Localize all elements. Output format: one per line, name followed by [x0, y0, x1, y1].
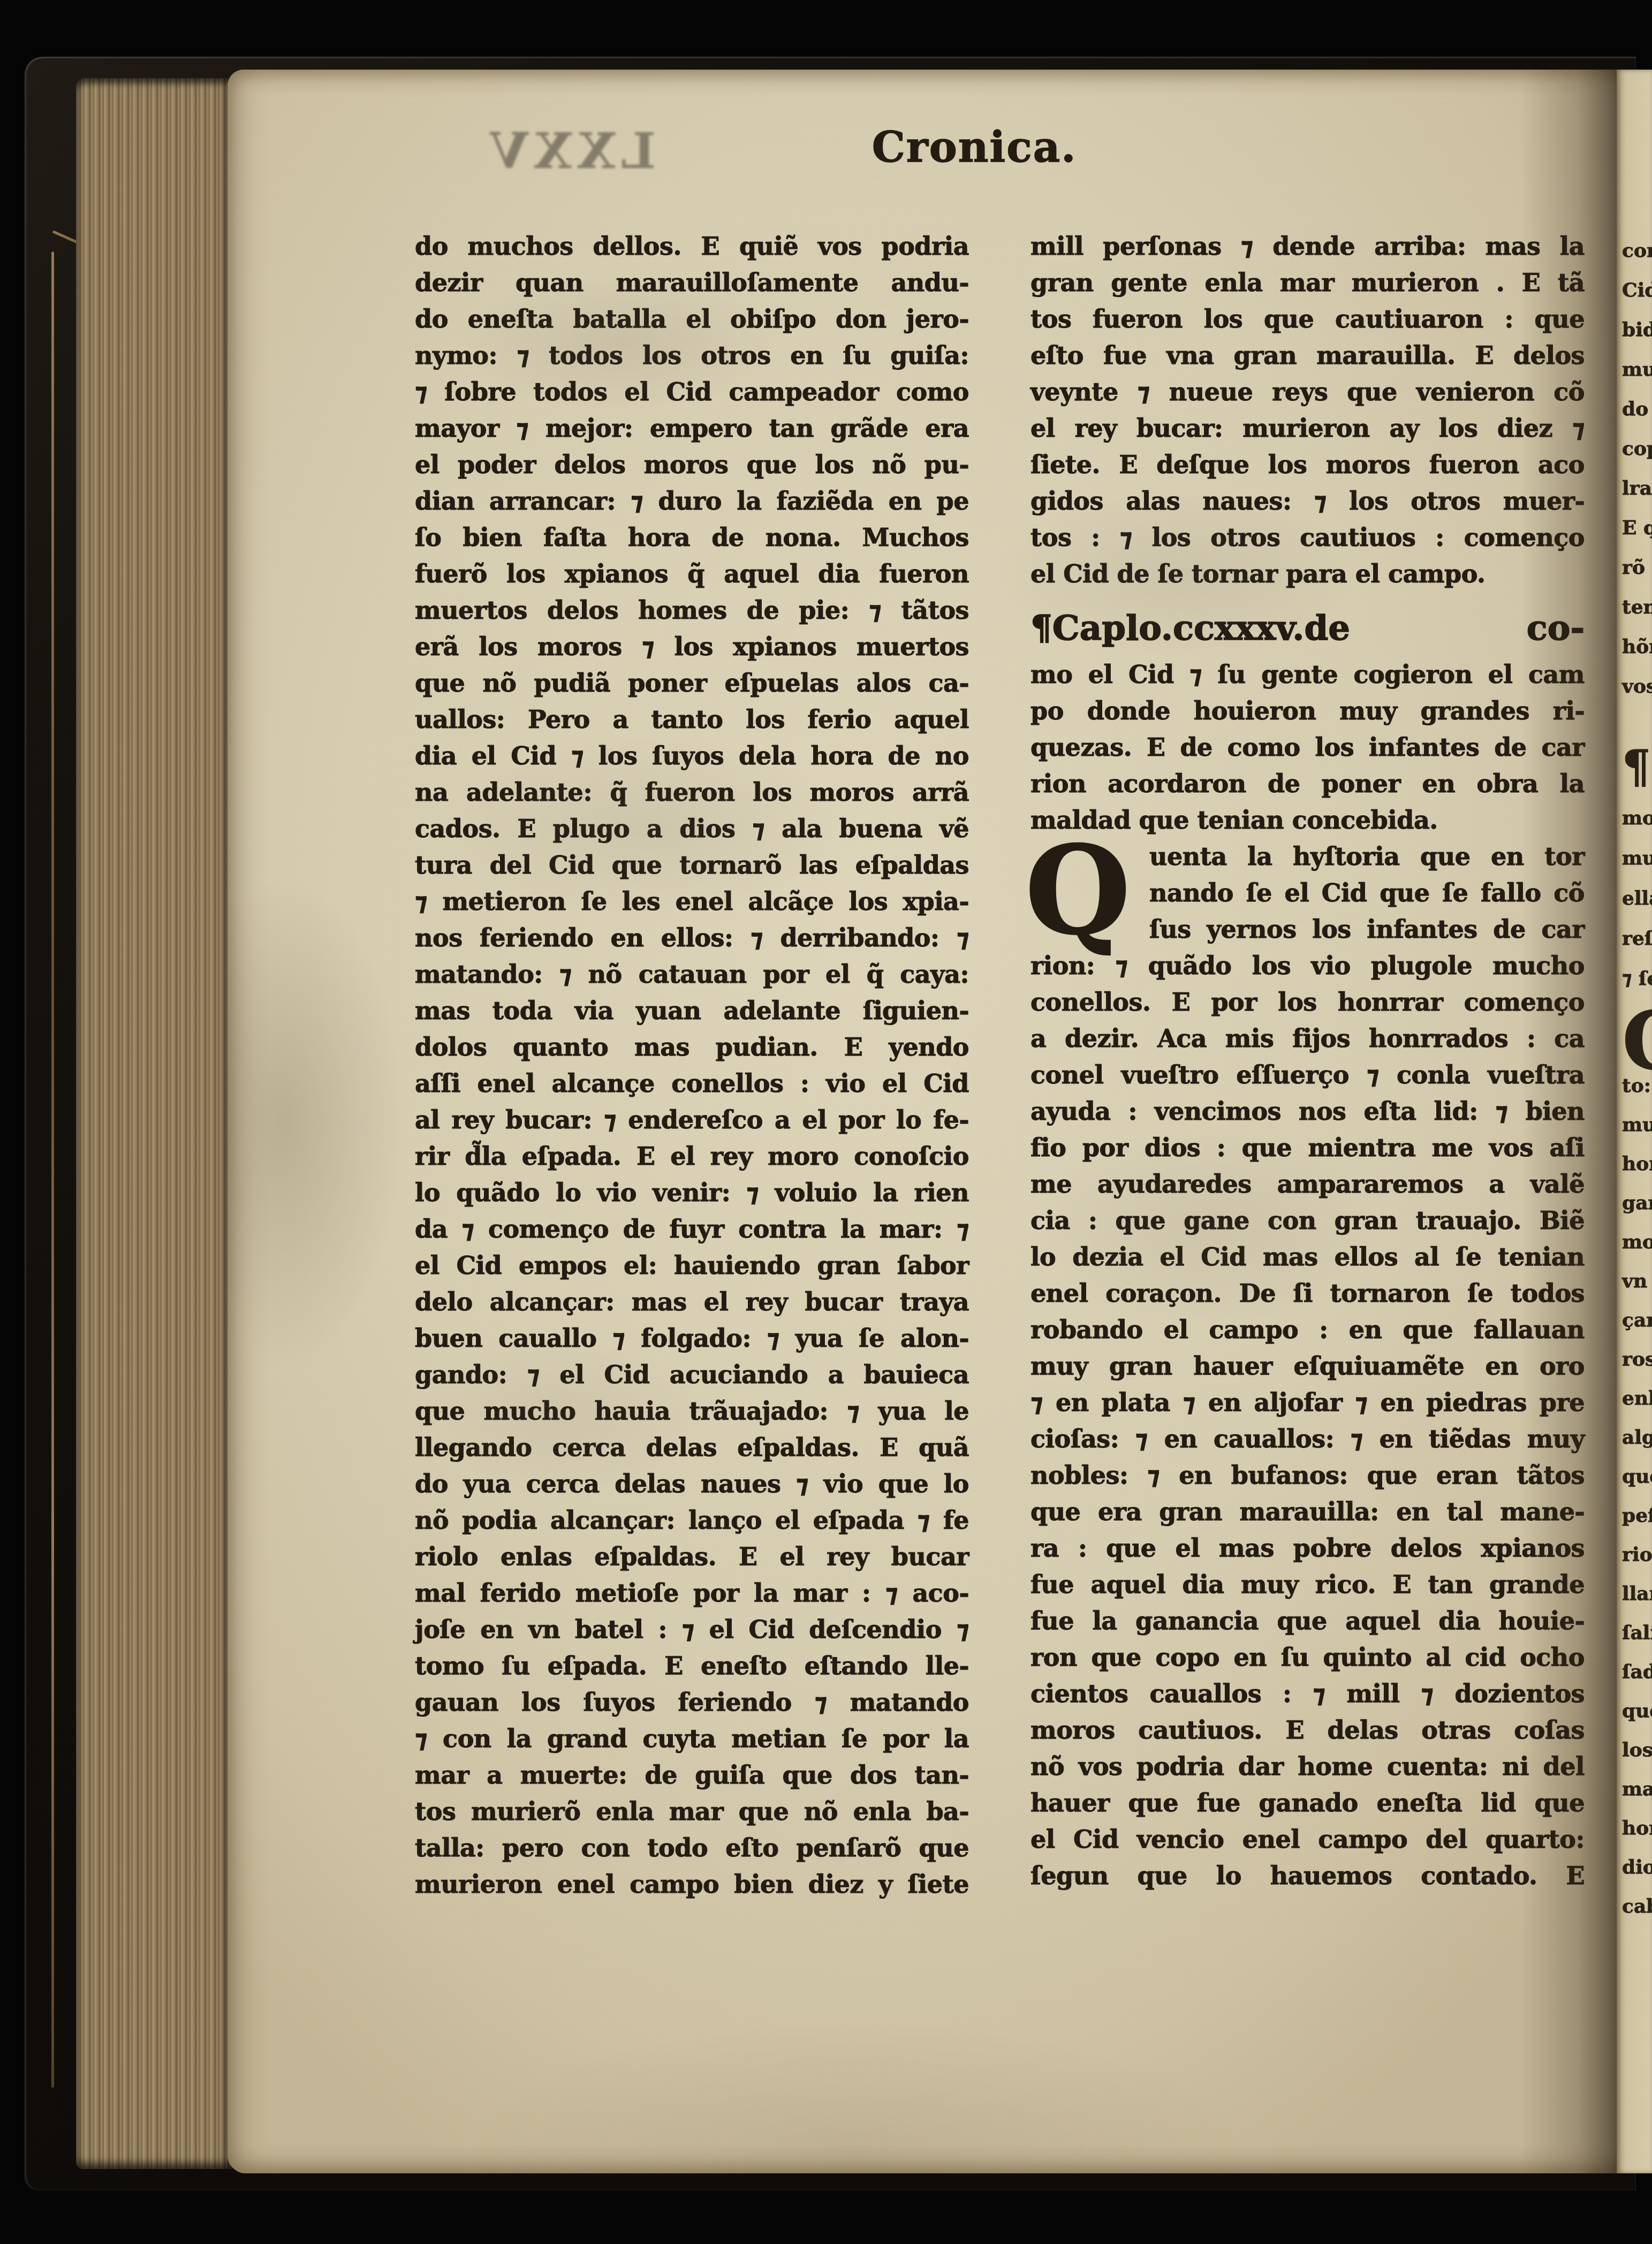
text-line: mo el Cid ⁊ ſu gente cogieron el cam: [1030, 656, 1585, 693]
text-line: nõ vos podria dar home cuenta: ni del: [1030, 1748, 1585, 1785]
text-line: mal ferido metioſe por la mar : ⁊ aco-: [415, 1575, 969, 1611]
text-line: erã los moros ⁊ los xpianos muertos: [415, 628, 969, 665]
text-line: llegando cerca delas eſpaldas. E quã: [415, 1429, 969, 1466]
text-line: rion acordaron de poner en obra la: [1030, 765, 1585, 802]
edge-text-fragment: llan: [1622, 1584, 1652, 1603]
text-line: dezir quan marauilloſamente andu-: [415, 264, 969, 301]
edge-text-fragment: ma: [1622, 1779, 1652, 1799]
edge-text-fragment: C: [1622, 1001, 1652, 1081]
chapter-body: rion: ⁊ quãdo los vio plugole muchoconel…: [1030, 947, 1585, 1894]
text-line: el Cid de ſe tornar para el campo.: [1030, 556, 1585, 592]
paragraph-end-chapter-234: mill perſonas ⁊ dende arriba: mas lagran…: [1030, 228, 1585, 592]
edge-text-fragment: do e: [1622, 399, 1652, 419]
text-line: me ayudaredes ampararemos a valẽ: [1030, 1166, 1585, 1202]
folio-number-offset: LXXV: [410, 122, 656, 180]
edge-text-fragment: que: [1622, 1701, 1652, 1720]
edge-text-fragment: con: [1622, 241, 1652, 260]
edge-text-fragment: cope: [1622, 439, 1652, 458]
chapter-summary: mo el Cid ⁊ ſu gente cogieron el campo d…: [1030, 656, 1585, 838]
book-scan: LXXV Cronica. do muchos dellos. E quiẽ v…: [0, 0, 1652, 2244]
text-line: ſegun que lo hauemos contado. E: [1030, 1858, 1585, 1894]
text-line: joſe en vn batel : ⁊ el Cid deſcendio ⁊: [415, 1611, 969, 1648]
text-line: enel coraçon. De ſi tornaron ſe todos: [1030, 1275, 1585, 1311]
text-line: ⁊ ſobre todos el Cid campeador como: [415, 374, 969, 410]
edge-text-fragment: ros: [1622, 1350, 1652, 1369]
text-line: dia el Cid ⁊ los ſuyos dela hora de no: [415, 738, 969, 774]
text-line: conel vueſtro eſſuerço ⁊ conla vueſtra: [1030, 1057, 1585, 1093]
text-line: mar a muerte: de guiſa que dos tan-: [415, 1757, 969, 1793]
text-line: da ⁊ començo de fuyr contra la mar: ⁊: [415, 1211, 969, 1247]
edge-text-fragment: rio:: [1622, 1545, 1652, 1564]
edge-text-fragment: rõ el: [1622, 558, 1652, 577]
edge-text-fragment: ſad:: [1622, 1662, 1652, 1681]
text-line: robando el campo : en que fallauan: [1030, 1311, 1585, 1348]
edge-text-fragment: lra d: [1622, 479, 1652, 498]
text-line: delo alcançar: mas el rey bucar traya: [415, 1284, 969, 1320]
text-line: na adelante: q̃ fueron los moros arrã: [415, 774, 969, 810]
text-line: tos fueron los que cautiuaron : que: [1030, 301, 1585, 337]
text-line: moros cautiuos. E delas otras coſas: [1030, 1712, 1585, 1748]
edge-text-fragment: hon: [1622, 1154, 1652, 1173]
running-title: Cronica.: [835, 123, 1113, 172]
text-line: el Cid vencio enel campo del quarto:: [1030, 1821, 1585, 1858]
text-line: ra : que el mas pobre delos xpianos: [1030, 1530, 1585, 1566]
text-line: aſſi enel alcançe conellos : vio el Cid: [415, 1065, 969, 1102]
text-line: gando: ⁊ el Cid acuciando a bauieca: [415, 1356, 969, 1393]
text-line: buen cauallo ⁊ folgado: ⁊ yua ſe alon-: [415, 1320, 969, 1356]
text-line: nobles: ⁊ en bufanos: que eran tãtos: [1030, 1457, 1585, 1494]
edge-text-fragment: reſp: [1622, 929, 1652, 948]
text-line: que mucho hauia trãuajado: ⁊ yua le: [415, 1393, 969, 1429]
edge-text-fragment: muy: [1622, 360, 1652, 379]
text-line: cia : que gane con gran trauajo. Biẽ: [1030, 1202, 1585, 1239]
text-line: lo quãdo lo vio venir: ⁊ voluio la rien: [415, 1174, 969, 1211]
edge-text-fragment: que: [1622, 1467, 1652, 1486]
edge-text-fragment: ¶: [1622, 744, 1650, 789]
edge-text-fragment: mug: [1622, 848, 1652, 868]
text-line: cientos cauallos : ⁊ mill ⁊ dozientos: [1030, 1676, 1585, 1712]
edge-text-fragment: enla: [1622, 1389, 1652, 1408]
edge-text-fragment: vos: [1622, 677, 1652, 696]
page-edge-stack: [76, 78, 232, 2169]
edge-text-fragment: çarc: [1622, 1310, 1652, 1330]
text-line: a dezir. Aca mis fijos honrrados : ca: [1030, 1020, 1585, 1057]
text-line: ⁊ en plata ⁊ en aljofar ⁊ en piedras pre: [1030, 1384, 1585, 1421]
drop-cap-initial: Q: [1025, 836, 1143, 946]
text-line: tomo ſu eſpada. E eneſto eſtando lle-: [415, 1648, 969, 1684]
text-line: murieron enel campo bien diez y ſiete: [415, 1866, 969, 1902]
text-line: muertos delos homes de pie: ⁊ tãtos: [415, 592, 969, 628]
text-line: que nõ pudiã poner eſpuelas alos ca-: [415, 665, 969, 701]
text-line: mill perſonas ⁊ dende arriba: mas la: [1030, 228, 1585, 264]
text-line: ⁊ con la grand cuyta metian ſe por la: [415, 1720, 969, 1757]
text-line: el Cid empos el: hauiendo gran ſabor: [415, 1247, 969, 1284]
text-line: nos feriendo en ellos: ⁊ derribando: ⁊: [415, 920, 969, 956]
text-line: hauer que fue ganado eneſta lid que: [1030, 1785, 1585, 1821]
text-line: po donde houieron muy grandes ri-: [1030, 693, 1585, 729]
edge-text-fragment: vn d: [1622, 1271, 1652, 1291]
text-line: ſiete. E deſque los moros fueron aco: [1030, 446, 1585, 483]
text-line: riolo enlas eſpaldas. E el rey bucar: [415, 1538, 969, 1575]
text-line: tura del Cid que tornarõ las eſpaldas: [415, 847, 969, 883]
text-line: dian arrancar: ⁊ duro la faziẽda en pe: [415, 483, 969, 519]
edge-text-fragment: bido: [1622, 320, 1652, 339]
text-line: do eneſta batalla el obiſpo don jero-: [415, 301, 969, 337]
text-line: ayuda : vencimos nos eſta lid: ⁊ bien: [1030, 1093, 1585, 1129]
text-line: mayor ⁊ mejor: empero tan grãde era: [415, 410, 969, 446]
text-line: el poder delos moros que los nõ pu-: [415, 446, 969, 483]
text-column-left: do muchos dellos. E quiẽ vos podriadezir…: [415, 228, 969, 1902]
text-line: do muchos dellos. E quiẽ vos podria: [415, 228, 969, 264]
edge-text-fragment: ⁊ ſe: [1622, 969, 1652, 988]
text-line: ron que copo en ſu quinto al cid ocho: [1030, 1639, 1585, 1676]
text-line: muy gran hauer eſquiuamẽte en oro: [1030, 1348, 1585, 1384]
text-line: fue aquel dia muy rico. E tan grande: [1030, 1566, 1585, 1603]
text-line: ſo bien faſta hora de nona. Muchos: [415, 519, 969, 556]
text-line: cioſas: ⁊ en cauallos: ⁊ en tiẽdas muy: [1030, 1421, 1585, 1457]
edge-text-fragment: E q: [1622, 518, 1652, 537]
edge-text-fragment: muy: [1622, 1115, 1652, 1134]
edge-text-fragment: ſali: [1622, 1623, 1652, 1642]
text-line: cados. E plugo a dios ⁊ ala buena vẽ: [415, 810, 969, 847]
text-line: dolos quanto mas pudian. E yendo: [415, 1029, 969, 1065]
text-line: fio por dios : que mientra me vos aſi: [1030, 1129, 1585, 1166]
text-line: rir d̃la eſpada. E el rey moro conoſcio: [415, 1138, 969, 1174]
edge-text-fragment: dio: [1622, 1858, 1652, 1877]
edge-text-fragment: ella: [1622, 889, 1652, 908]
edge-text-fragment: cab: [1622, 1897, 1652, 1916]
text-line: ⁊ metieron ſe les enel alcãçe los xpia-: [415, 883, 969, 920]
text-line: tos murierõ enla mar que nõ enla ba-: [415, 1793, 969, 1830]
edge-text-fragment: gar: [1622, 1193, 1652, 1212]
edge-text-fragment: peſe: [1622, 1506, 1652, 1525]
text-line: fuerõ los xpianos q̃ aquel dia fueron: [415, 556, 969, 592]
text-line: gidos alas naues: ⁊ los otros muer-: [1030, 483, 1585, 519]
text-line: talla: pero con todo eſto penſarõ que: [415, 1830, 969, 1866]
edge-text-fragment: los: [1622, 1740, 1652, 1760]
text-line: matando: ⁊ nõ catauan por el q̃ caya:: [415, 956, 969, 992]
edge-text-fragment: teni: [1622, 597, 1652, 617]
text-line: tos : ⁊ los otros cautiuos : començo: [1030, 519, 1585, 556]
chapter-opening-paragraph: Q uenta la hyſtoria que en tornando ſe e…: [1030, 838, 1585, 947]
edge-text-fragment: mor: [1622, 1232, 1652, 1252]
text-line: gran gente enla mar murieron . E tã: [1030, 264, 1585, 301]
chapter-heading: ¶Caplo.ccxxxv.de co-: [1030, 601, 1585, 656]
gold-fillet-line: [51, 252, 54, 2088]
edge-text-fragment: mo: [1622, 808, 1652, 828]
text-line: quezas. E de como los infantes de car: [1030, 729, 1585, 765]
edge-text-fragment: to: e: [1622, 1076, 1652, 1095]
text-line: nymo: ⁊ todos los otros en ſu guiſa:: [415, 337, 969, 374]
edge-text-fragment: hor: [1622, 1818, 1652, 1838]
text-line: al rey bucar: ⁊ endereſco a el por lo fe…: [415, 1102, 969, 1138]
text-line: veynte ⁊ nueue reys que venieron cõ: [1030, 374, 1585, 410]
text-line: conellos. E por los honrrar començo: [1030, 984, 1585, 1020]
text-column-right: mill perſonas ⁊ dende arriba: mas lagran…: [1030, 228, 1585, 1894]
next-leaf-edge: conCidbidomuydo ecopelra dE qrõ eltenihõ…: [1617, 70, 1652, 2173]
text-line: nõ podia alcançar: lanço el eſpada ⁊ fe: [415, 1502, 969, 1538]
text-line: lo dezia el Cid mas ellos al ſe tenian: [1030, 1239, 1585, 1275]
book-page: LXXV Cronica. do muchos dellos. E quiẽ v…: [228, 70, 1625, 2173]
text-line: do yua cerca delas naues ⁊ vio que lo: [415, 1466, 969, 1502]
text-line: uallos: Pero a tanto los ferio aquel: [415, 701, 969, 738]
edge-text-fragment: Cid: [1622, 280, 1652, 300]
text-line: el rey bucar: murieron ay los diez ⁊: [1030, 410, 1585, 446]
text-line: que era gran marauilla: en tal mane-: [1030, 1494, 1585, 1530]
text-line: fue la ganancia que aquel dia houie-: [1030, 1603, 1585, 1639]
edge-text-fragment: alg: [1622, 1428, 1652, 1447]
text-line: gauan los ſuyos feriendo ⁊ matando: [415, 1684, 969, 1720]
text-line: eſto fue vna gran marauilla. E delos: [1030, 337, 1585, 374]
edge-text-fragment: hõr: [1622, 637, 1652, 656]
text-line: mas toda via yuan adelante ſiguien-: [415, 992, 969, 1029]
